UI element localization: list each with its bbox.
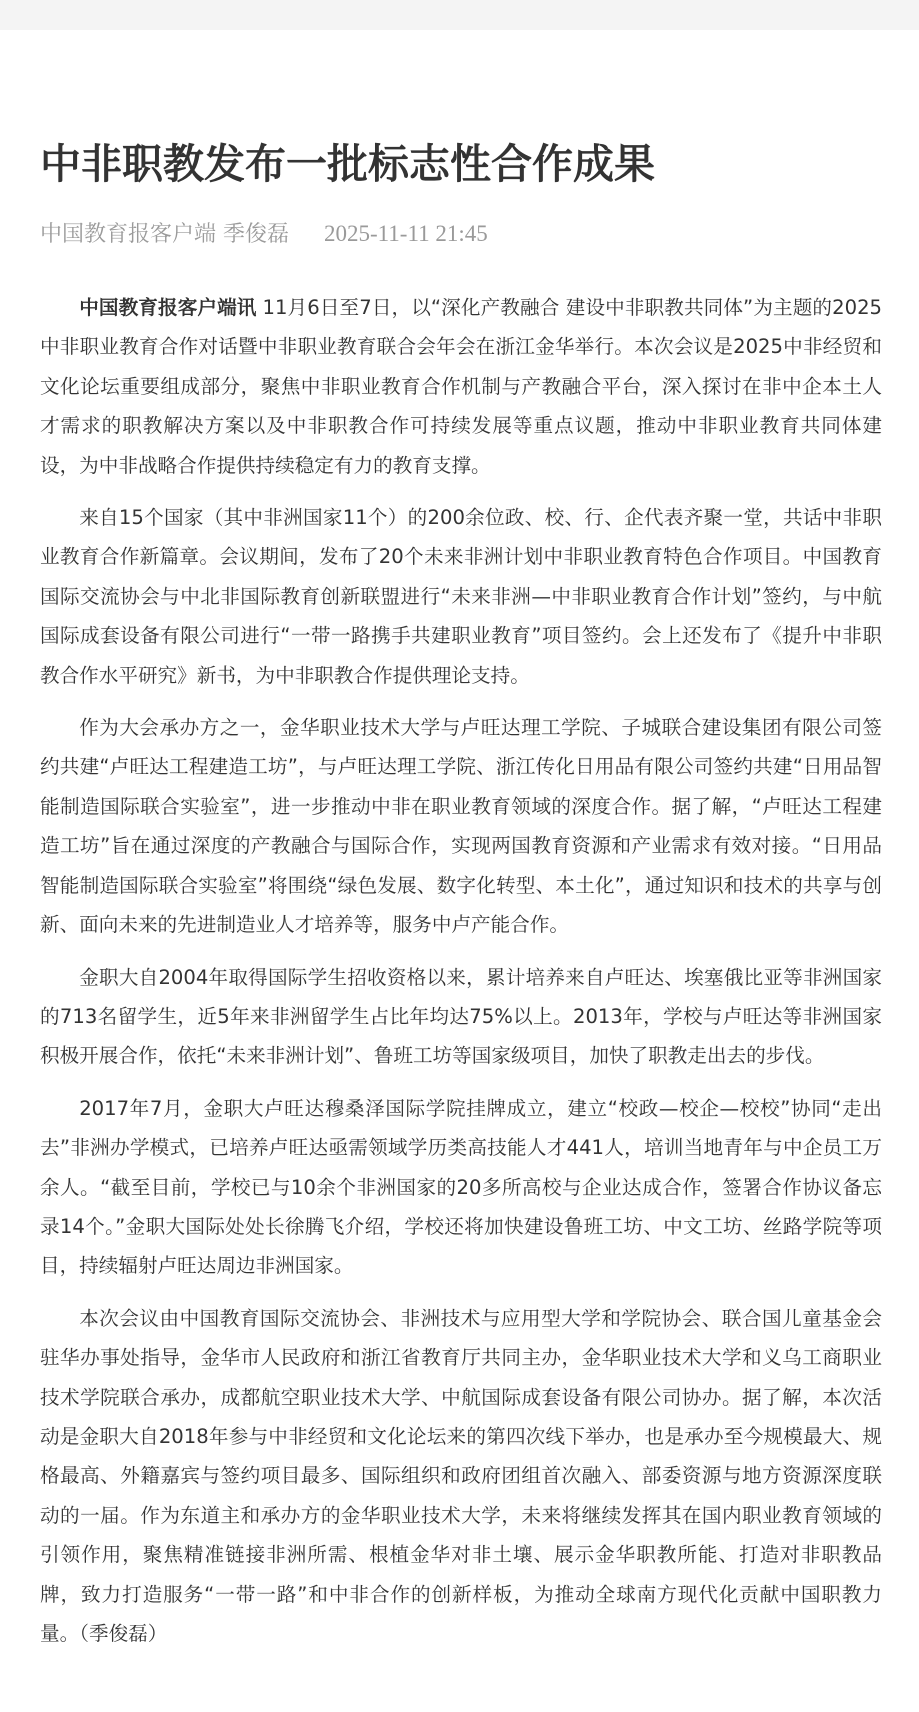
- paragraph-2: 来自15个国家（其中非洲国家11个）的200余位政、校、行、企代表齐聚一堂，共话…: [40, 498, 882, 695]
- article-meta: 中国教育报客户端 季俊磊 2025-11-11 21:45: [40, 219, 882, 250]
- paragraph-5: 2017年7月，金职大卢旺达穆桑泽国际学院挂牌成立，建立“校政—校企—校校”协同…: [40, 1089, 882, 1286]
- article-body: 中国教育报客户端讯11月6日至7日，以“深化产教融合 建设中非职教共同体”为主题…: [40, 288, 882, 1653]
- paragraph-4: 金职大自2004年取得国际学生招收资格以来，累计培养来自卢旺达、埃塞俄比亚等非洲…: [40, 958, 882, 1076]
- paragraph-1: 中国教育报客户端讯11月6日至7日，以“深化产教融合 建设中非职教共同体”为主题…: [40, 288, 882, 485]
- paragraph-text: 本次会议由中国教育国际交流协会、非洲技术与应用型大学和学院协会、联合国儿童基金会…: [40, 1307, 882, 1645]
- paragraph-6: 本次会议由中国教育国际交流协会、非洲技术与应用型大学和学院协会、联合国儿童基金会…: [40, 1299, 882, 1654]
- paragraph-lead: 中国教育报客户端讯: [79, 296, 256, 319]
- article-title: 中非职教发布一批标志性合作成果: [40, 30, 882, 189]
- paragraph-3: 作为大会承办方之一，金华职业技术大学与卢旺达理工学院、子城联合建设集团有限公司签…: [40, 708, 882, 944]
- article: 中非职教发布一批标志性合作成果 中国教育报客户端 季俊磊 2025-11-11 …: [0, 30, 919, 1653]
- paragraph-text: 作为大会承办方之一，金华职业技术大学与卢旺达理工学院、子城联合建设集团有限公司签…: [40, 716, 882, 936]
- paragraph-text: 金职大自2004年取得国际学生招收资格以来，累计培养来自卢旺达、埃塞俄比亚等非洲…: [40, 966, 882, 1068]
- paragraph-text: 来自15个国家（其中非洲国家11个）的200余位政、校、行、企代表齐聚一堂，共话…: [40, 506, 882, 687]
- paragraph-text: 11月6日至7日，以“深化产教融合 建设中非职教共同体”为主题的2025中非职业…: [40, 296, 882, 477]
- article-datetime: 2025-11-11 21:45: [324, 221, 488, 246]
- top-bar: [0, 0, 919, 30]
- paragraph-text: 2017年7月，金职大卢旺达穆桑泽国际学院挂牌成立，建立“校政—校企—校校”协同…: [40, 1097, 882, 1278]
- article-source-author: 中国教育报客户端 季俊磊: [40, 222, 289, 247]
